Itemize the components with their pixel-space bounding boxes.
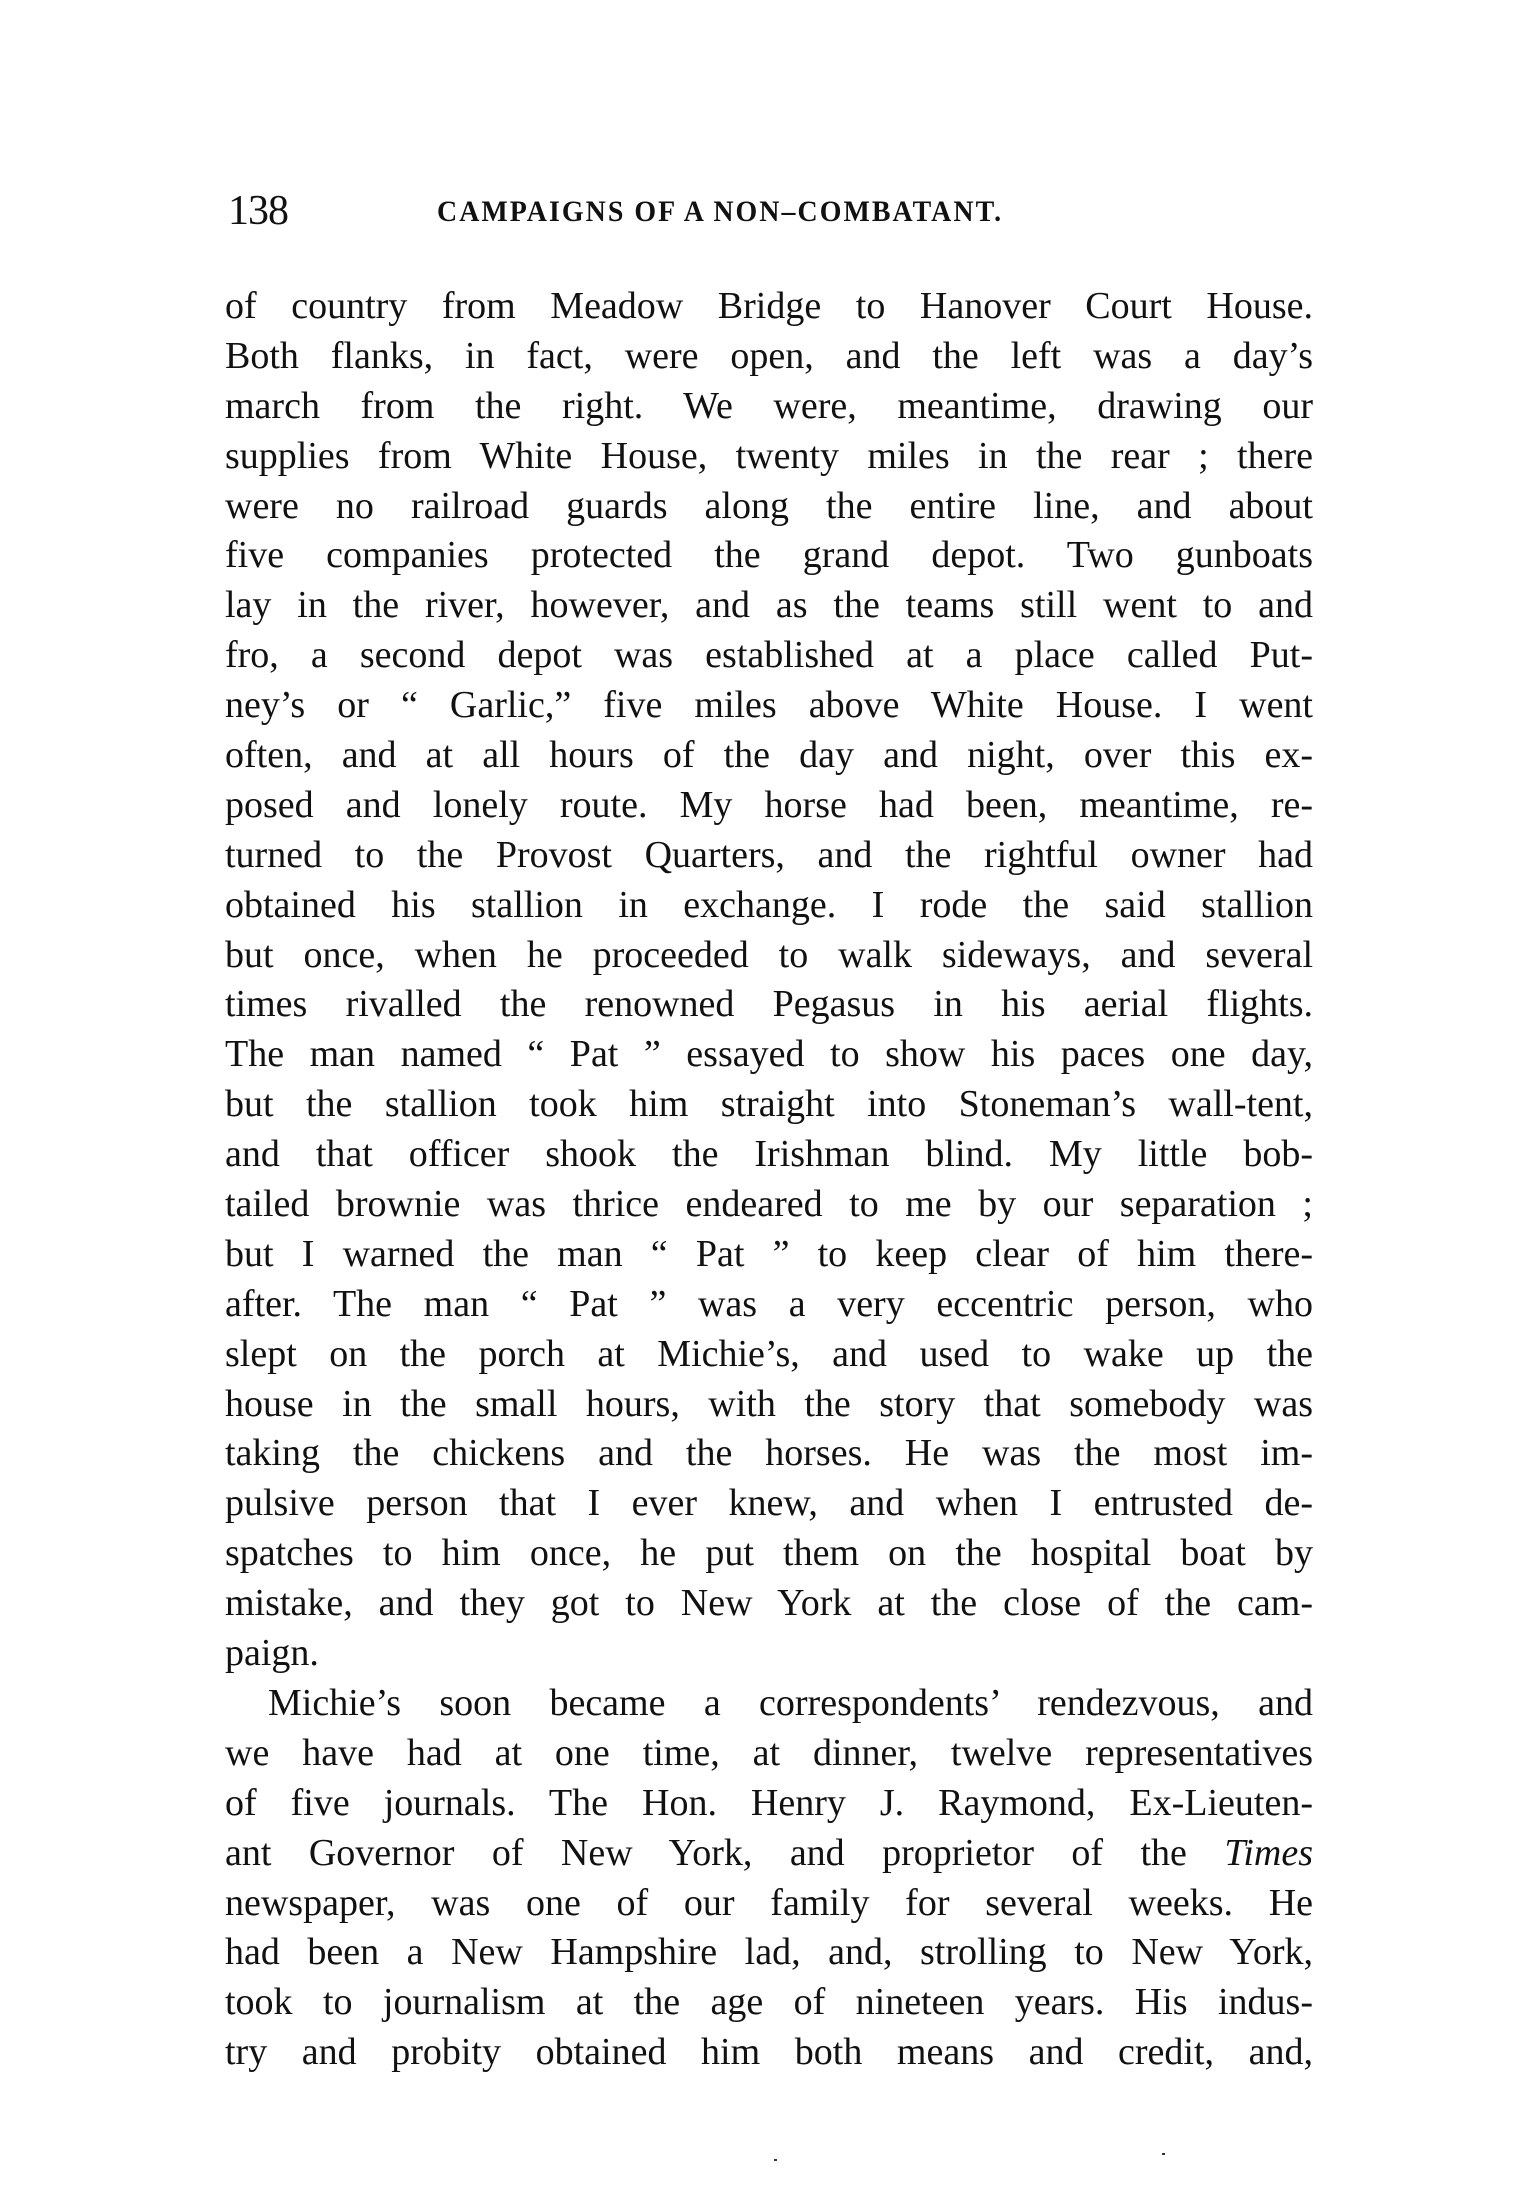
book-page: 138 CAMPAIGNS OF A NON–COMBATANT. of cou…	[0, 0, 1526, 2189]
text-segment: ant Governor of New York, and proprietor…	[225, 1832, 1187, 1874]
text-line: march from the right. We were, meantime,…	[225, 382, 1313, 432]
text-line: of country from Meadow Bridge to Hanover…	[225, 282, 1313, 332]
text-line: supplies from White House, twenty miles …	[225, 432, 1313, 482]
text-line: lay in the river, however, and as the te…	[225, 581, 1313, 631]
text-line: obtained his stallion in exchange. I rod…	[225, 881, 1313, 931]
body-text: of country from Meadow Bridge to Hanover…	[225, 282, 1313, 2078]
text-line: and that officer shook the Irishman blin…	[225, 1130, 1313, 1180]
text-line: mistake, and they got to New York at the…	[225, 1579, 1313, 1629]
text-line: but once, when he proceeded to walk side…	[225, 931, 1313, 981]
text-line: had been a New Hampshire lad, and, strol…	[225, 1928, 1313, 1978]
text-line: tailed brownie was thrice endeared to me…	[225, 1180, 1313, 1230]
running-head: 138 CAMPAIGNS OF A NON–COMBATANT.	[228, 186, 1318, 236]
text-line: five companies protected the grand depot…	[225, 531, 1313, 581]
text-line: newspaper, was one of our family for sev…	[225, 1879, 1313, 1929]
text-line: but I warned the man “ Pat ” to keep cle…	[225, 1230, 1313, 1280]
text-line: Both flanks, in fact, were open, and the…	[225, 332, 1313, 382]
text-line: were no railroad guards along the entire…	[225, 482, 1313, 532]
text-line: after. The man “ Pat ” was a very eccent…	[225, 1280, 1313, 1330]
text-line: try and probity obtained him both means …	[225, 2028, 1313, 2078]
text-line: house in the small hours, with the story…	[225, 1380, 1313, 1430]
paragraph-end-line: paign.	[225, 1629, 1313, 1679]
italic-title-times: Times	[1224, 1832, 1313, 1874]
text-line: The man named “ Pat ” essayed to show hi…	[225, 1030, 1313, 1080]
text-line: turned to the Provost Quarters, and the …	[225, 831, 1313, 881]
text-line: fro, a second depot was established at a…	[225, 631, 1313, 681]
text-line: ney’s or “ Garlic,” five miles above Whi…	[225, 681, 1313, 731]
page-number: 138	[228, 186, 288, 236]
paragraph-start-line: Michie’s soon became a correspondents’ r…	[225, 1679, 1313, 1729]
text-line: but the stallion took him straight into …	[225, 1080, 1313, 1130]
text-line: times rivalled the renowned Pegasus in h…	[225, 980, 1313, 1030]
print-speck	[1162, 2153, 1165, 2155]
text-line-with-italic: ant Governor of New York, and proprietor…	[225, 1829, 1313, 1879]
text-line: slept on the porch at Michie’s, and used…	[225, 1330, 1313, 1380]
text-line: posed and lonely route. My horse had bee…	[225, 781, 1313, 831]
running-title: CAMPAIGNS OF A NON–COMBATANT.	[437, 190, 1003, 234]
text-line: often, and at all hours of the day and n…	[225, 731, 1313, 781]
text-line: of five journals. The Hon. Henry J. Raym…	[225, 1779, 1313, 1829]
text-line: taking the chickens and the horses. He w…	[225, 1429, 1313, 1479]
print-speck	[774, 2159, 777, 2161]
text-line: we have had at one time, at dinner, twel…	[225, 1729, 1313, 1779]
text-line: pulsive person that I ever knew, and whe…	[225, 1479, 1313, 1529]
text-line: took to journalism at the age of ninetee…	[225, 1978, 1313, 2028]
text-line: spatches to him once, he put them on the…	[225, 1529, 1313, 1579]
